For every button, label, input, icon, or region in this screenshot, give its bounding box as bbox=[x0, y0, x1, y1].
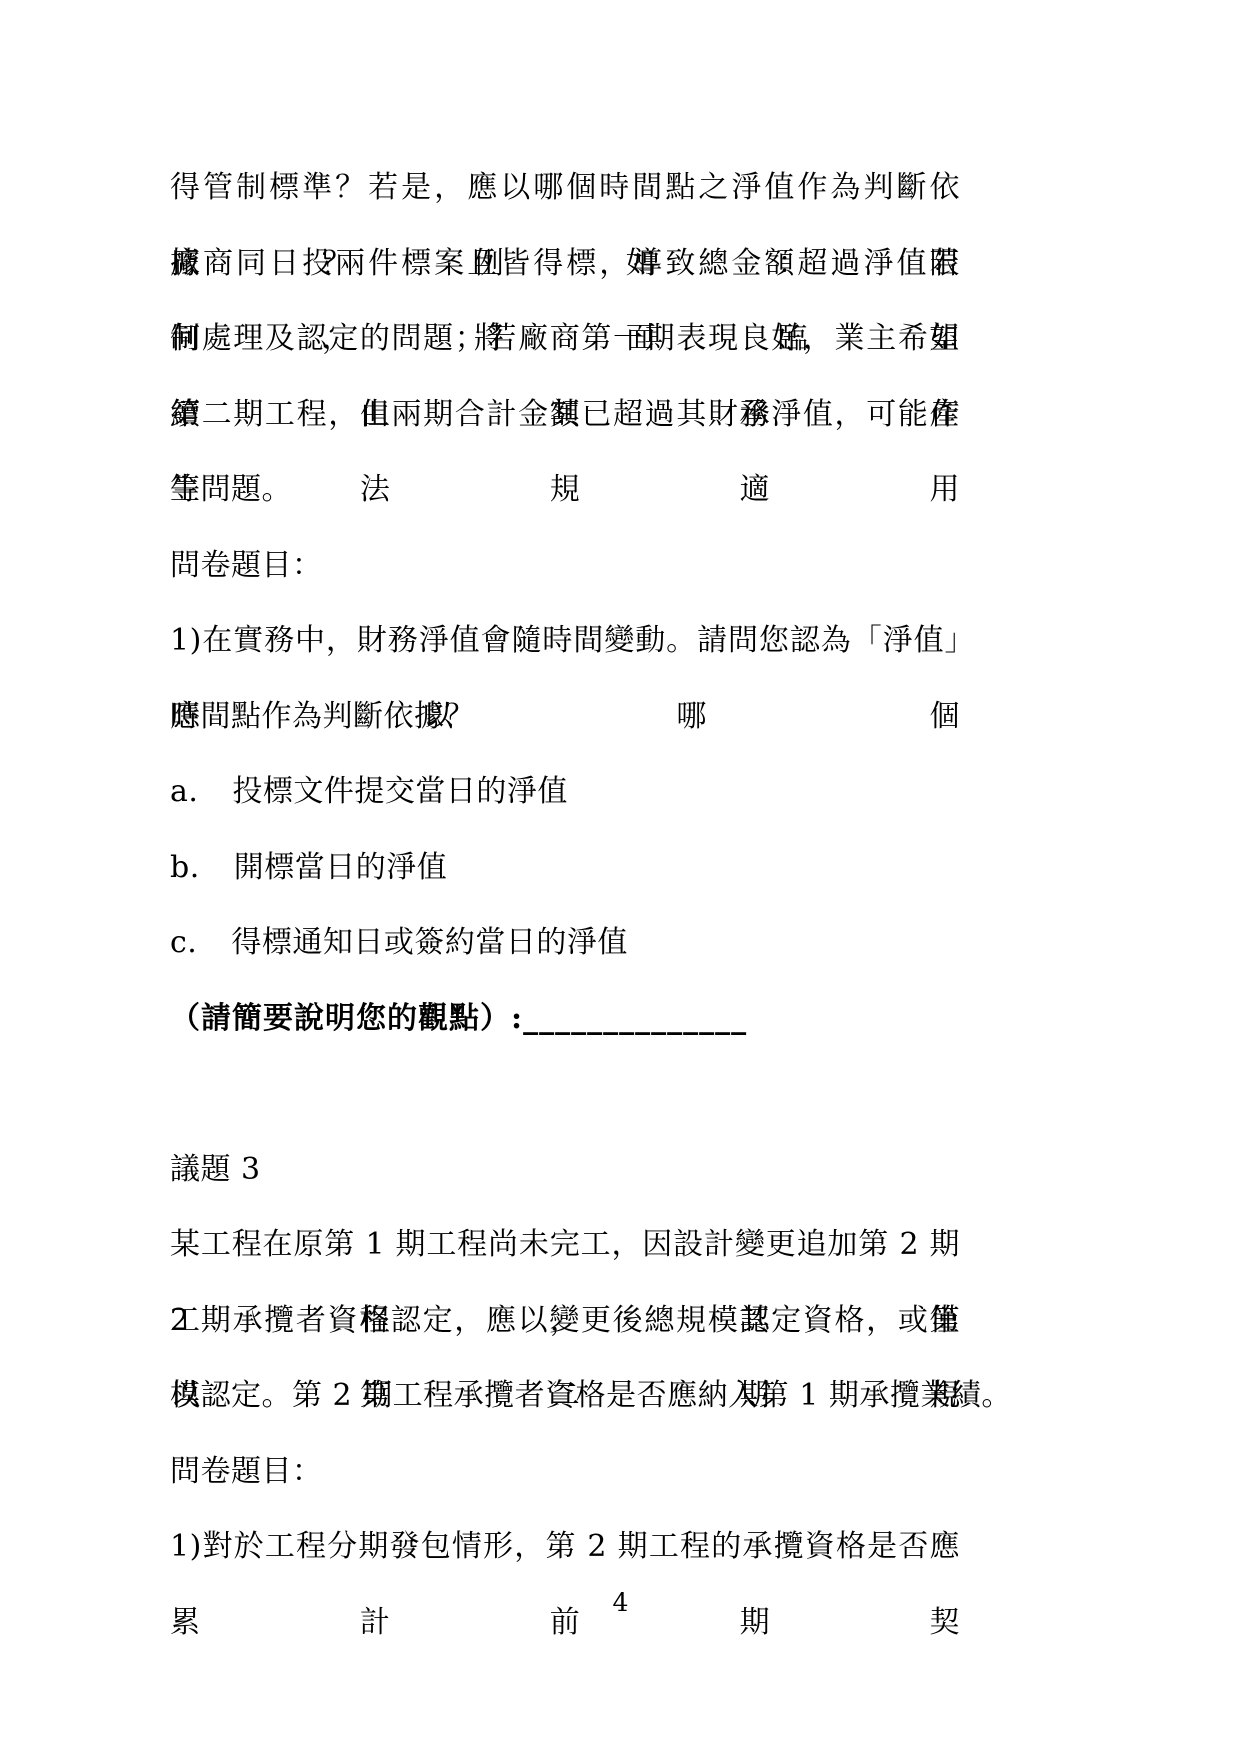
paragraph-line: 2 期承攬者資格認定，應以變更後總規模認定資格，或僅以第二期規 bbox=[170, 1283, 960, 1359]
option-marker: b. bbox=[170, 850, 200, 885]
option-label: 開標當日的淨值 bbox=[234, 850, 448, 885]
questionnaire-heading: 問卷題目： bbox=[170, 1434, 960, 1510]
questionnaire-heading: 問卷題目： bbox=[170, 528, 960, 604]
paragraph-line: 得管制標準？若是，應以哪個時間點之淨值作為判斷依據？例如：若 bbox=[170, 150, 960, 226]
option-marker: c. bbox=[170, 925, 197, 960]
paragraph-line: 某工程在原第 1 期工程尚未完工，因設計變更追加第 2 期工程，其第 bbox=[170, 1207, 960, 1283]
document-page: 得管制標準？若是，應以哪個時間點之淨值作為判斷依據？例如：若 廠商同日投兩件標案… bbox=[0, 0, 1241, 1755]
question-line: 1)在實務中，財務淨值會隨時間變動。請問您認為「淨值」應以哪個 bbox=[170, 603, 960, 679]
page-number: 4 bbox=[0, 1588, 1241, 1618]
paragraph-line: 廠商同日投兩件標案且皆得標，導致總金額超過淨值限制，將面臨如 bbox=[170, 226, 960, 302]
text-block: 得管制標準？若是，應以哪個時間點之淨值作為判斷依據？例如：若 廠商同日投兩件標案… bbox=[170, 150, 960, 1585]
option-label: 得標通知日或簽約當日的淨值 bbox=[231, 925, 628, 960]
paragraph-line: 何處理及認定的問題；若廠商第一期表現良好，業主希望續由其承作 bbox=[170, 301, 960, 377]
comment-prompt: （請簡要說明您的觀點）:______________ bbox=[170, 981, 960, 1057]
option-label: 投標文件提交當日的淨值 bbox=[232, 774, 568, 809]
option-marker: a. bbox=[170, 774, 198, 809]
blank-line bbox=[170, 1056, 960, 1132]
paragraph-line: 模認定。第 2 期工程承攬者資格是否應納入第 1 期承攬業績。 bbox=[170, 1358, 960, 1434]
option-c: c.得標通知日或簽約當日的淨值 bbox=[170, 905, 960, 981]
option-b: b.開標當日的淨值 bbox=[170, 830, 960, 906]
issue3-title: 議題 3 bbox=[170, 1132, 960, 1208]
paragraph-line: 第二期工程，但兩期合計金額已超過其財務淨值，可能產生法規適用 bbox=[170, 377, 960, 453]
option-a: a.投標文件提交當日的淨值 bbox=[170, 754, 960, 830]
question-line: 1)對於工程分期發包情形，第 2 期工程的承攬資格是否應累計前期契 bbox=[170, 1509, 960, 1585]
